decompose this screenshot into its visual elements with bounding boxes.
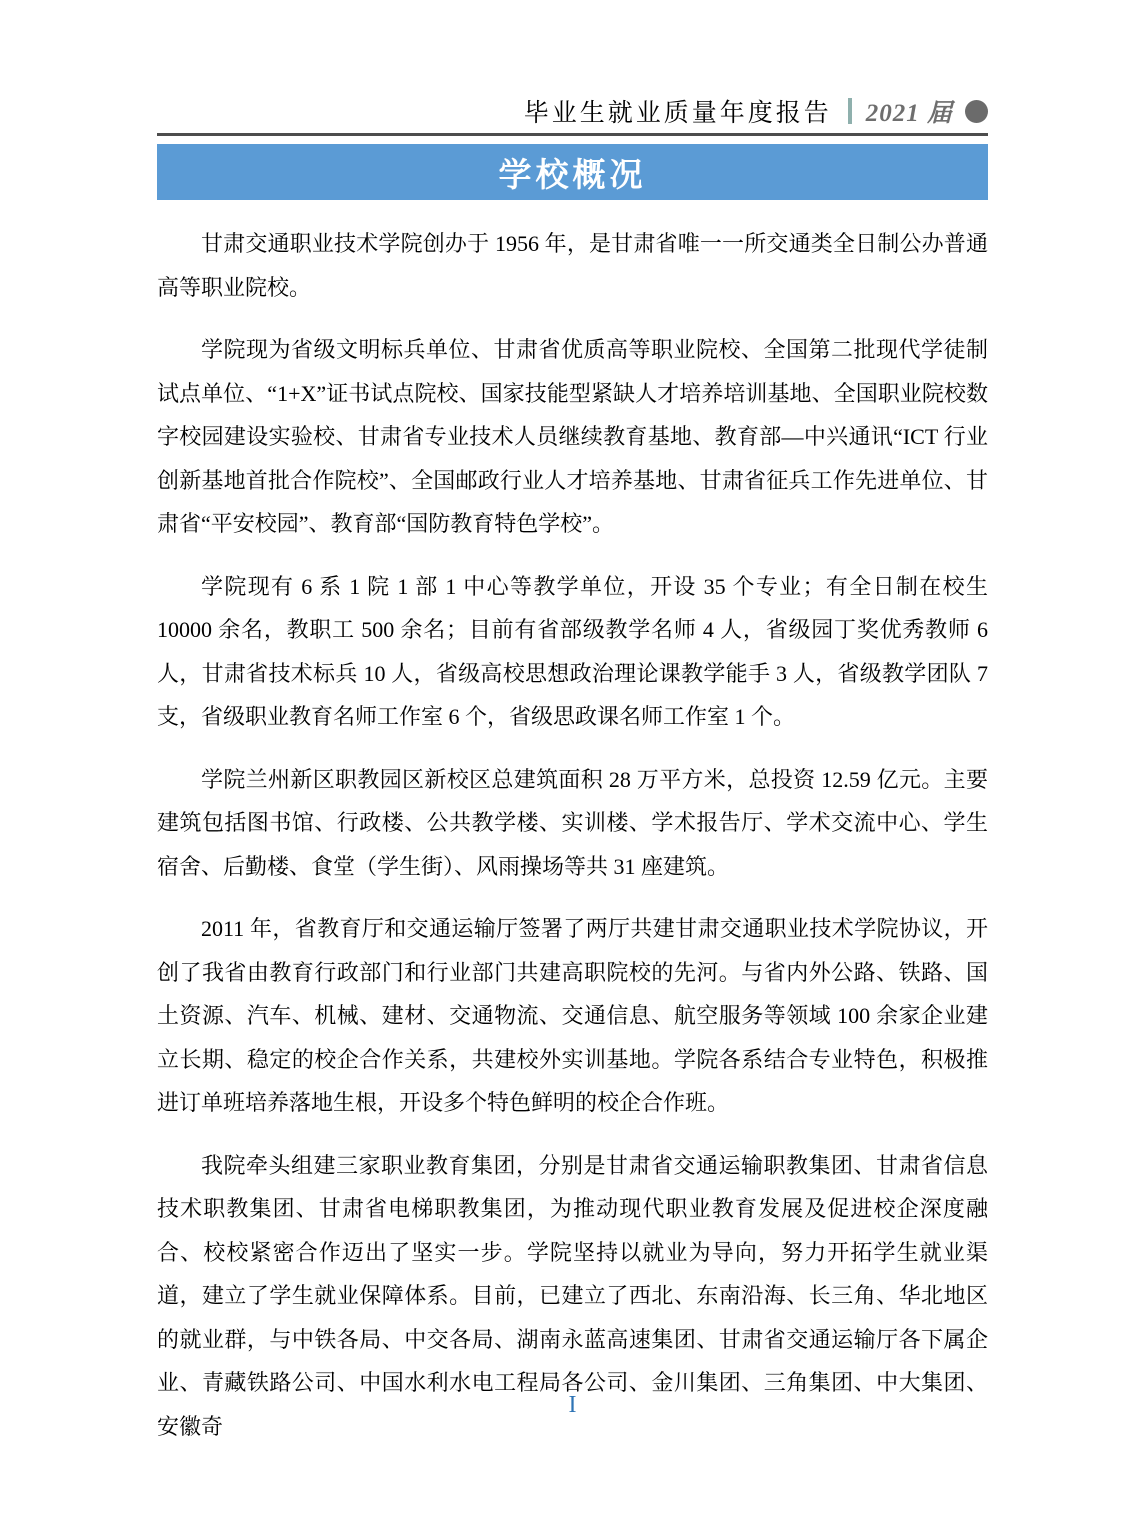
body-paragraphs: 甘肃交通职业技术学院创办于 1956 年，是甘肃省唯一一所交通类全日制公办普通高… xyxy=(157,222,988,1448)
page-number: I xyxy=(157,1392,988,1419)
header-rule xyxy=(157,133,988,136)
report-title: 毕业生就业质量年度报告 xyxy=(524,93,832,129)
section-banner: 学校概况 xyxy=(157,144,988,200)
edition-label: 2021 届 xyxy=(866,93,953,129)
header-separator-bar-icon xyxy=(848,98,852,124)
paragraph-1: 甘肃交通职业技术学院创办于 1956 年，是甘肃省唯一一所交通类全日制公办普通高… xyxy=(157,222,988,309)
circle-icon xyxy=(965,100,988,123)
paragraph-3: 学院现有 6 系 1 院 1 部 1 中心等教学单位，开设 35 个专业；有全日… xyxy=(157,565,988,739)
paragraph-4: 学院兰州新区职教园区新校区总建筑面积 28 万平方米，总投资 12.59 亿元。… xyxy=(157,758,988,889)
running-header: 毕业生就业质量年度报告 2021 届 xyxy=(157,94,988,128)
page-content: 毕业生就业质量年度报告 2021 届 学校概况 甘肃交通职业技术学院创办于 19… xyxy=(157,0,988,1467)
paragraph-2: 学院现为省级文明标兵单位、甘肃省优质高等职业院校、全国第二批现代学徒制试点单位、… xyxy=(157,328,988,546)
section-title: 学校概况 xyxy=(499,149,647,196)
paragraph-5: 2011 年，省教育厅和交通运输厅签署了两厅共建甘肃交通职业技术学院协议，开创了… xyxy=(157,907,988,1125)
document-page: { "page": { "header": { "report_title": … xyxy=(0,0,1122,1523)
